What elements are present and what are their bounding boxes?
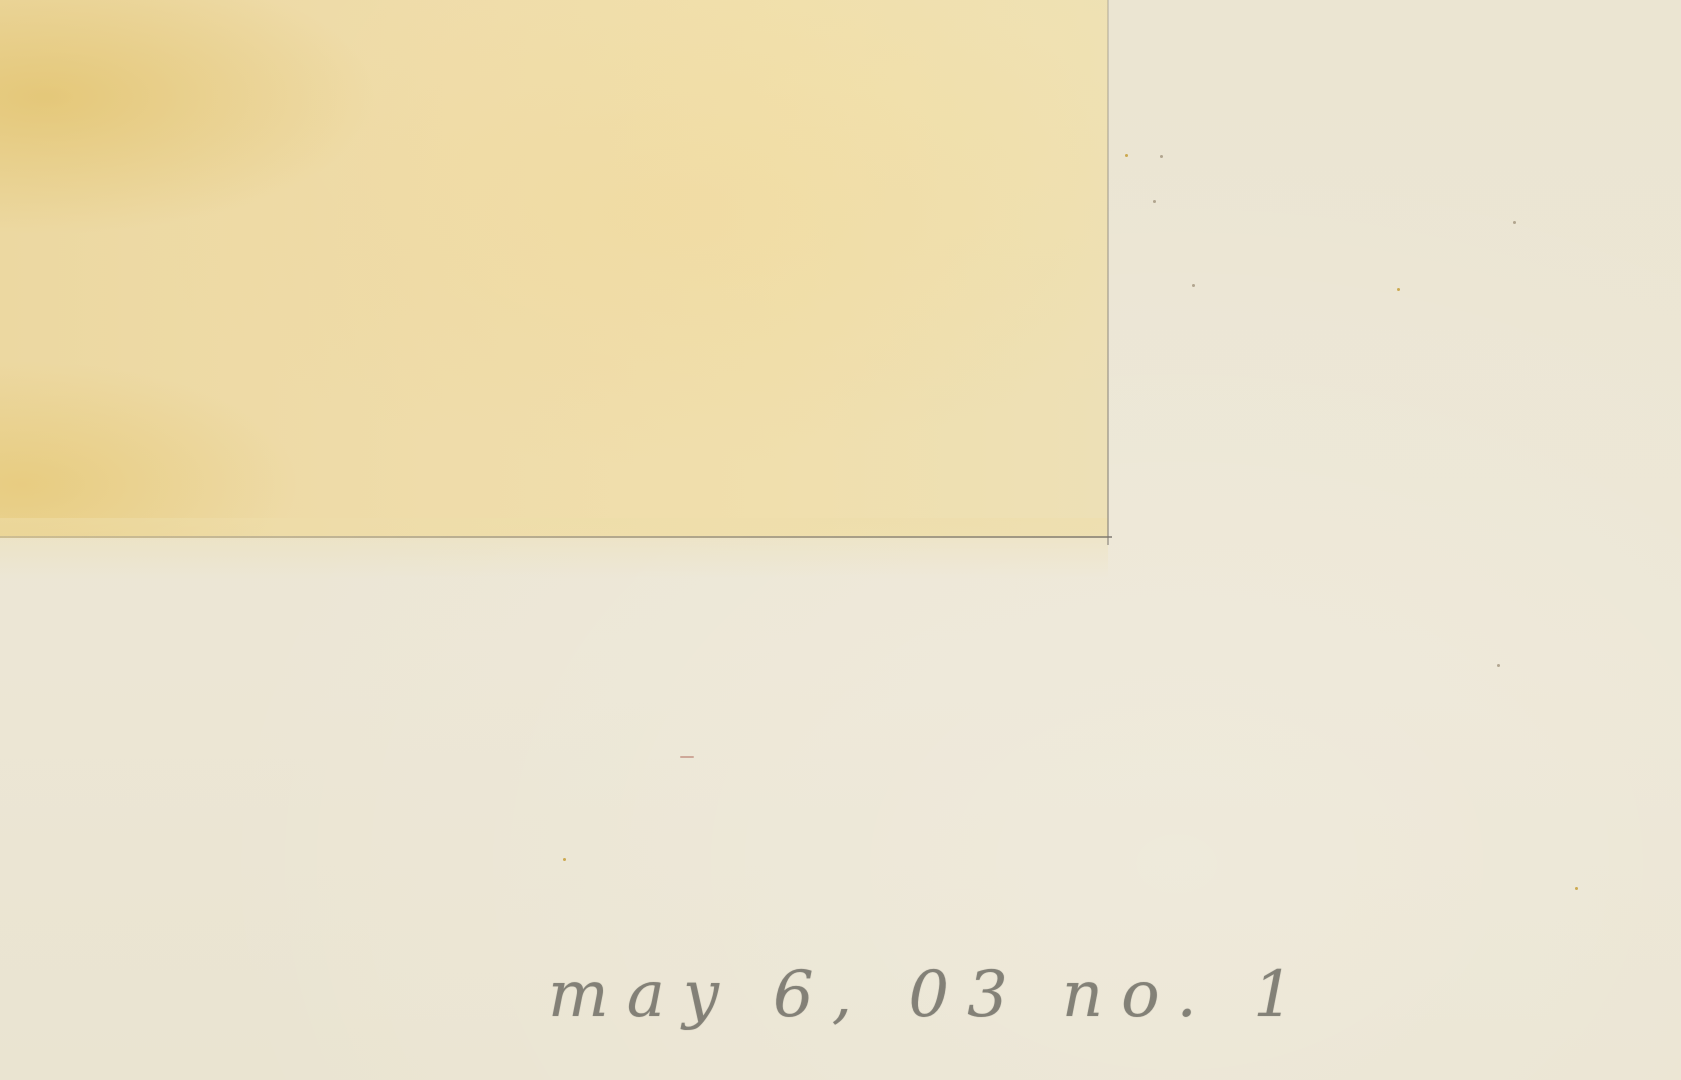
pigment-mark	[680, 756, 694, 758]
pencil-inscription: may6, 03no. 1	[548, 958, 1348, 1032]
paper-speck	[1497, 664, 1500, 667]
paper-speck	[1160, 155, 1163, 158]
inscription-month: may	[548, 958, 737, 1032]
paper-speck	[1575, 887, 1578, 890]
pencil-border-horizontal	[0, 536, 1112, 538]
yellow-watercolor-field	[0, 0, 1108, 538]
inscription-date: 6, 03	[773, 958, 1026, 1032]
pencil-border-vertical	[1107, 0, 1109, 545]
paper-speck	[1397, 288, 1400, 291]
paper-speck	[1192, 284, 1195, 287]
paper-speck	[1153, 200, 1156, 203]
paper-sheet: may6, 03no. 1	[0, 0, 1681, 1080]
paper-speck	[1513, 221, 1516, 224]
paper-speck	[1125, 154, 1128, 157]
paper-speck	[563, 858, 566, 861]
inscription-number: no. 1	[1062, 958, 1312, 1032]
